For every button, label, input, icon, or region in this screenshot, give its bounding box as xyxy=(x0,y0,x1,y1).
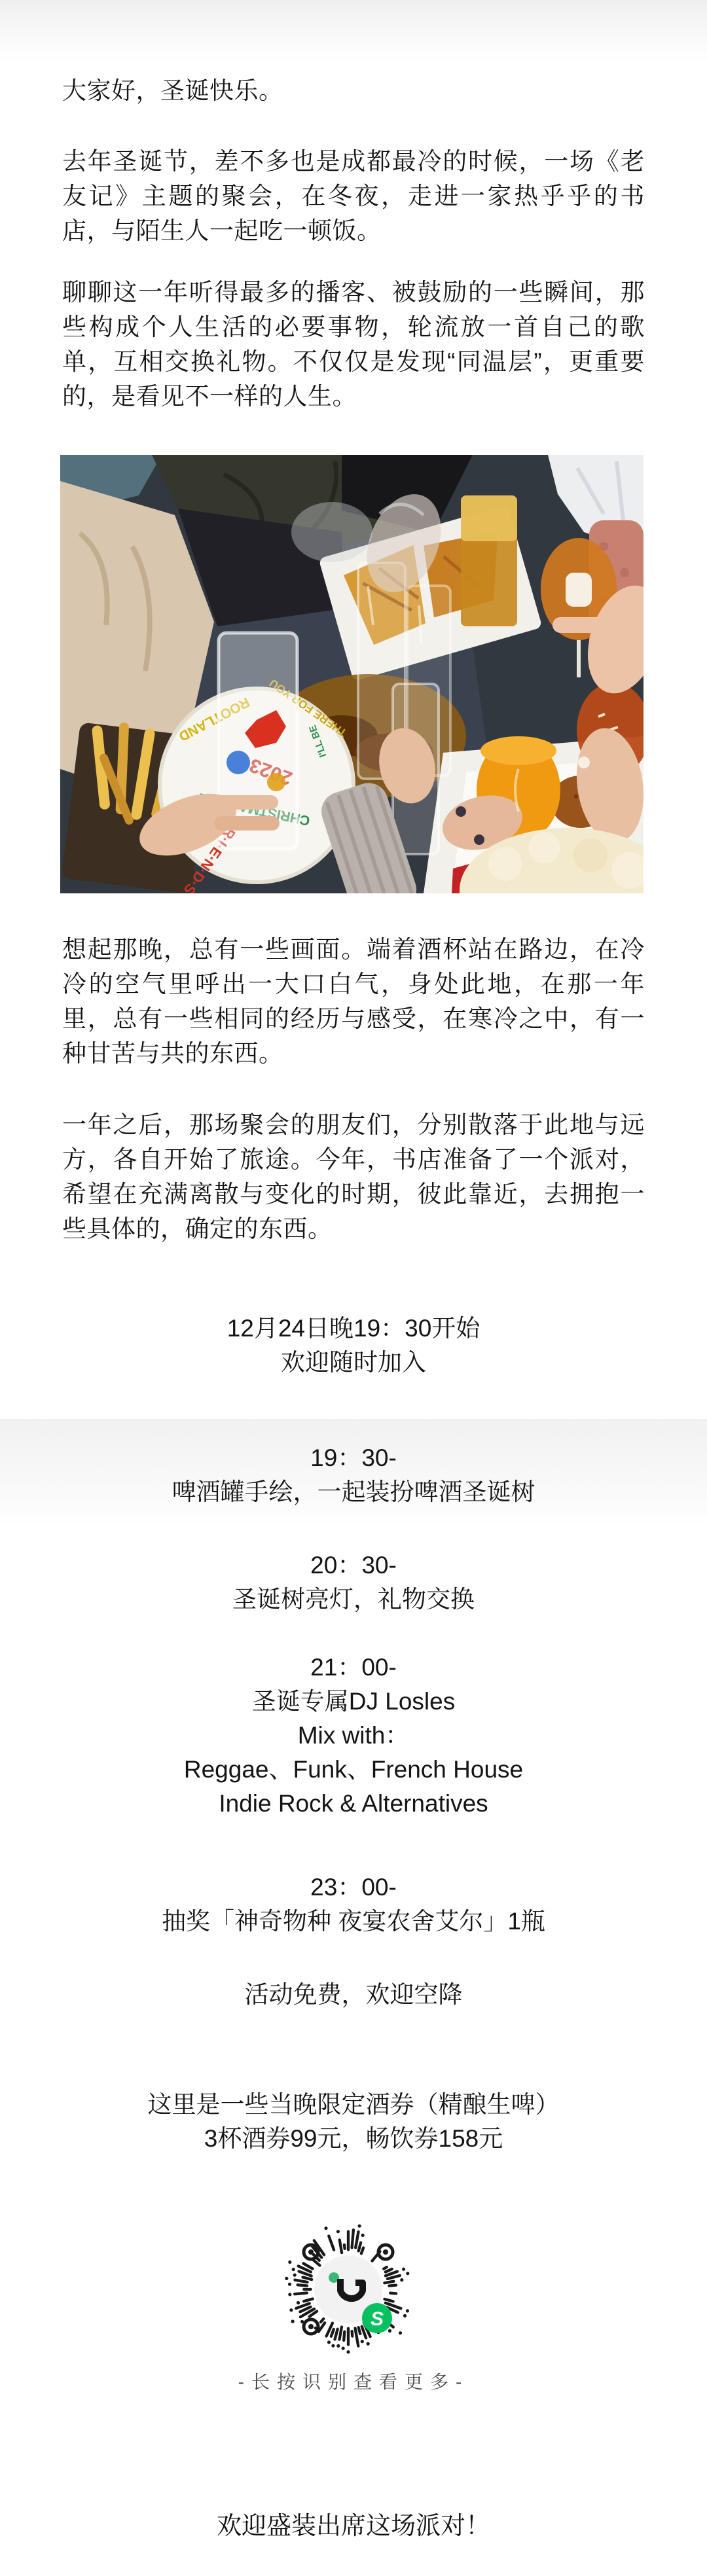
article-page: 大家好，圣诞快乐。 去年圣诞节，差不多也是成都最冷的时候，一场《老友记》主题的聚… xyxy=(0,0,707,2576)
wechat-miniprogram-badge-icon: S xyxy=(362,2303,392,2333)
party-photo[interactable]: I'LL BE THERE FOR YOU ROOTLAND 2023 CHRI… xyxy=(60,455,644,893)
paragraph-one-year-later: 一年之后，那场聚会的朋友们，分别散落于此地与远方，各自开始了旅途。今年，书店准备… xyxy=(62,1107,645,1246)
miniprogram-qr-code[interactable]: S xyxy=(283,2224,414,2355)
schedule-time: 21：00- xyxy=(0,1651,707,1685)
svg-text:S: S xyxy=(371,2308,384,2330)
schedule-block-2300: 23：00- 抽奖「神奇物种 夜宴农舍艾尔」1瓶 xyxy=(0,1870,707,1939)
schedule-activity: 抽奖「神奇物种 夜宴农舍艾尔」1瓶 xyxy=(0,1905,707,1939)
schedule-activity: Mix with： xyxy=(0,1719,707,1753)
party-photo-illustration: I'LL BE THERE FOR YOU ROOTLAND 2023 CHRI… xyxy=(60,455,644,893)
schedule-block-2100: 21：00- 圣诞专属DJ Losles Mix with： Reggae、Fu… xyxy=(0,1651,707,1821)
paragraph-memories: 想起那晚，总有一些画面。端着酒杯站在路边，在冷冷的空气里呼出一大口白气，身处此地… xyxy=(62,932,645,1071)
footer-note: 欢迎盛装出席这场派对！ xyxy=(0,2509,707,2543)
schedule-time: 23：00- xyxy=(0,1870,707,1905)
schedule-activity: 圣诞专属DJ Losles xyxy=(0,1685,707,1719)
schedule-activity: 啤酒罐手绘，一起装扮啤酒圣诞树 xyxy=(0,1475,707,1509)
drink-tickets-block: 这里是一些当晚限定酒券（精酿生啤） 3杯酒券99元，畅饮券158元 xyxy=(0,2088,707,2156)
schedule-activity: Indie Rock & Alternatives xyxy=(0,1787,707,1821)
schedule-block-1930: 19：30- 啤酒罐手绘，一起装扮啤酒圣诞树 xyxy=(0,1441,707,1509)
drink-tickets-intro: 这里是一些当晚限定酒券（精酿生啤） xyxy=(0,2088,707,2122)
top-fade-band xyxy=(0,0,707,62)
schedule-activity: Reggae、Funk、French House xyxy=(0,1753,707,1787)
event-join-anytime: 欢迎随时加入 xyxy=(0,1346,707,1380)
free-entry-note: 活动免费，欢迎空降 xyxy=(0,1978,707,2012)
event-start-block: 12月24日晚19：30开始 欢迎随时加入 xyxy=(0,1312,707,1380)
schedule-time: 20：30- xyxy=(0,1548,707,1583)
schedule-time: 19：30- xyxy=(0,1441,707,1475)
qr-code-icon: S xyxy=(283,2224,414,2355)
event-start-time: 12月24日晚19：30开始 xyxy=(0,1312,707,1346)
schedule-activity: 圣诞树亮灯，礼物交换 xyxy=(0,1583,707,1617)
paragraph-podcast: 聊聊这一年听得最多的播客、被鼓励的一些瞬间，那些构成个人生活的必要事物，轮流放一… xyxy=(62,275,645,414)
paragraph-greeting: 大家好，圣诞快乐。 xyxy=(62,73,645,108)
paragraph-last-year: 去年圣诞节，差不多也是成都最冷的时候，一场《老友记》主题的聚会，在冬夜，走进一家… xyxy=(62,144,645,248)
drink-tickets-price: 3杯酒券99元，畅饮券158元 xyxy=(0,2122,707,2156)
qr-caption: -长按识别查看更多- xyxy=(0,2369,707,2395)
schedule-block-2030: 20：30- 圣诞树亮灯，礼物交换 xyxy=(0,1548,707,1617)
